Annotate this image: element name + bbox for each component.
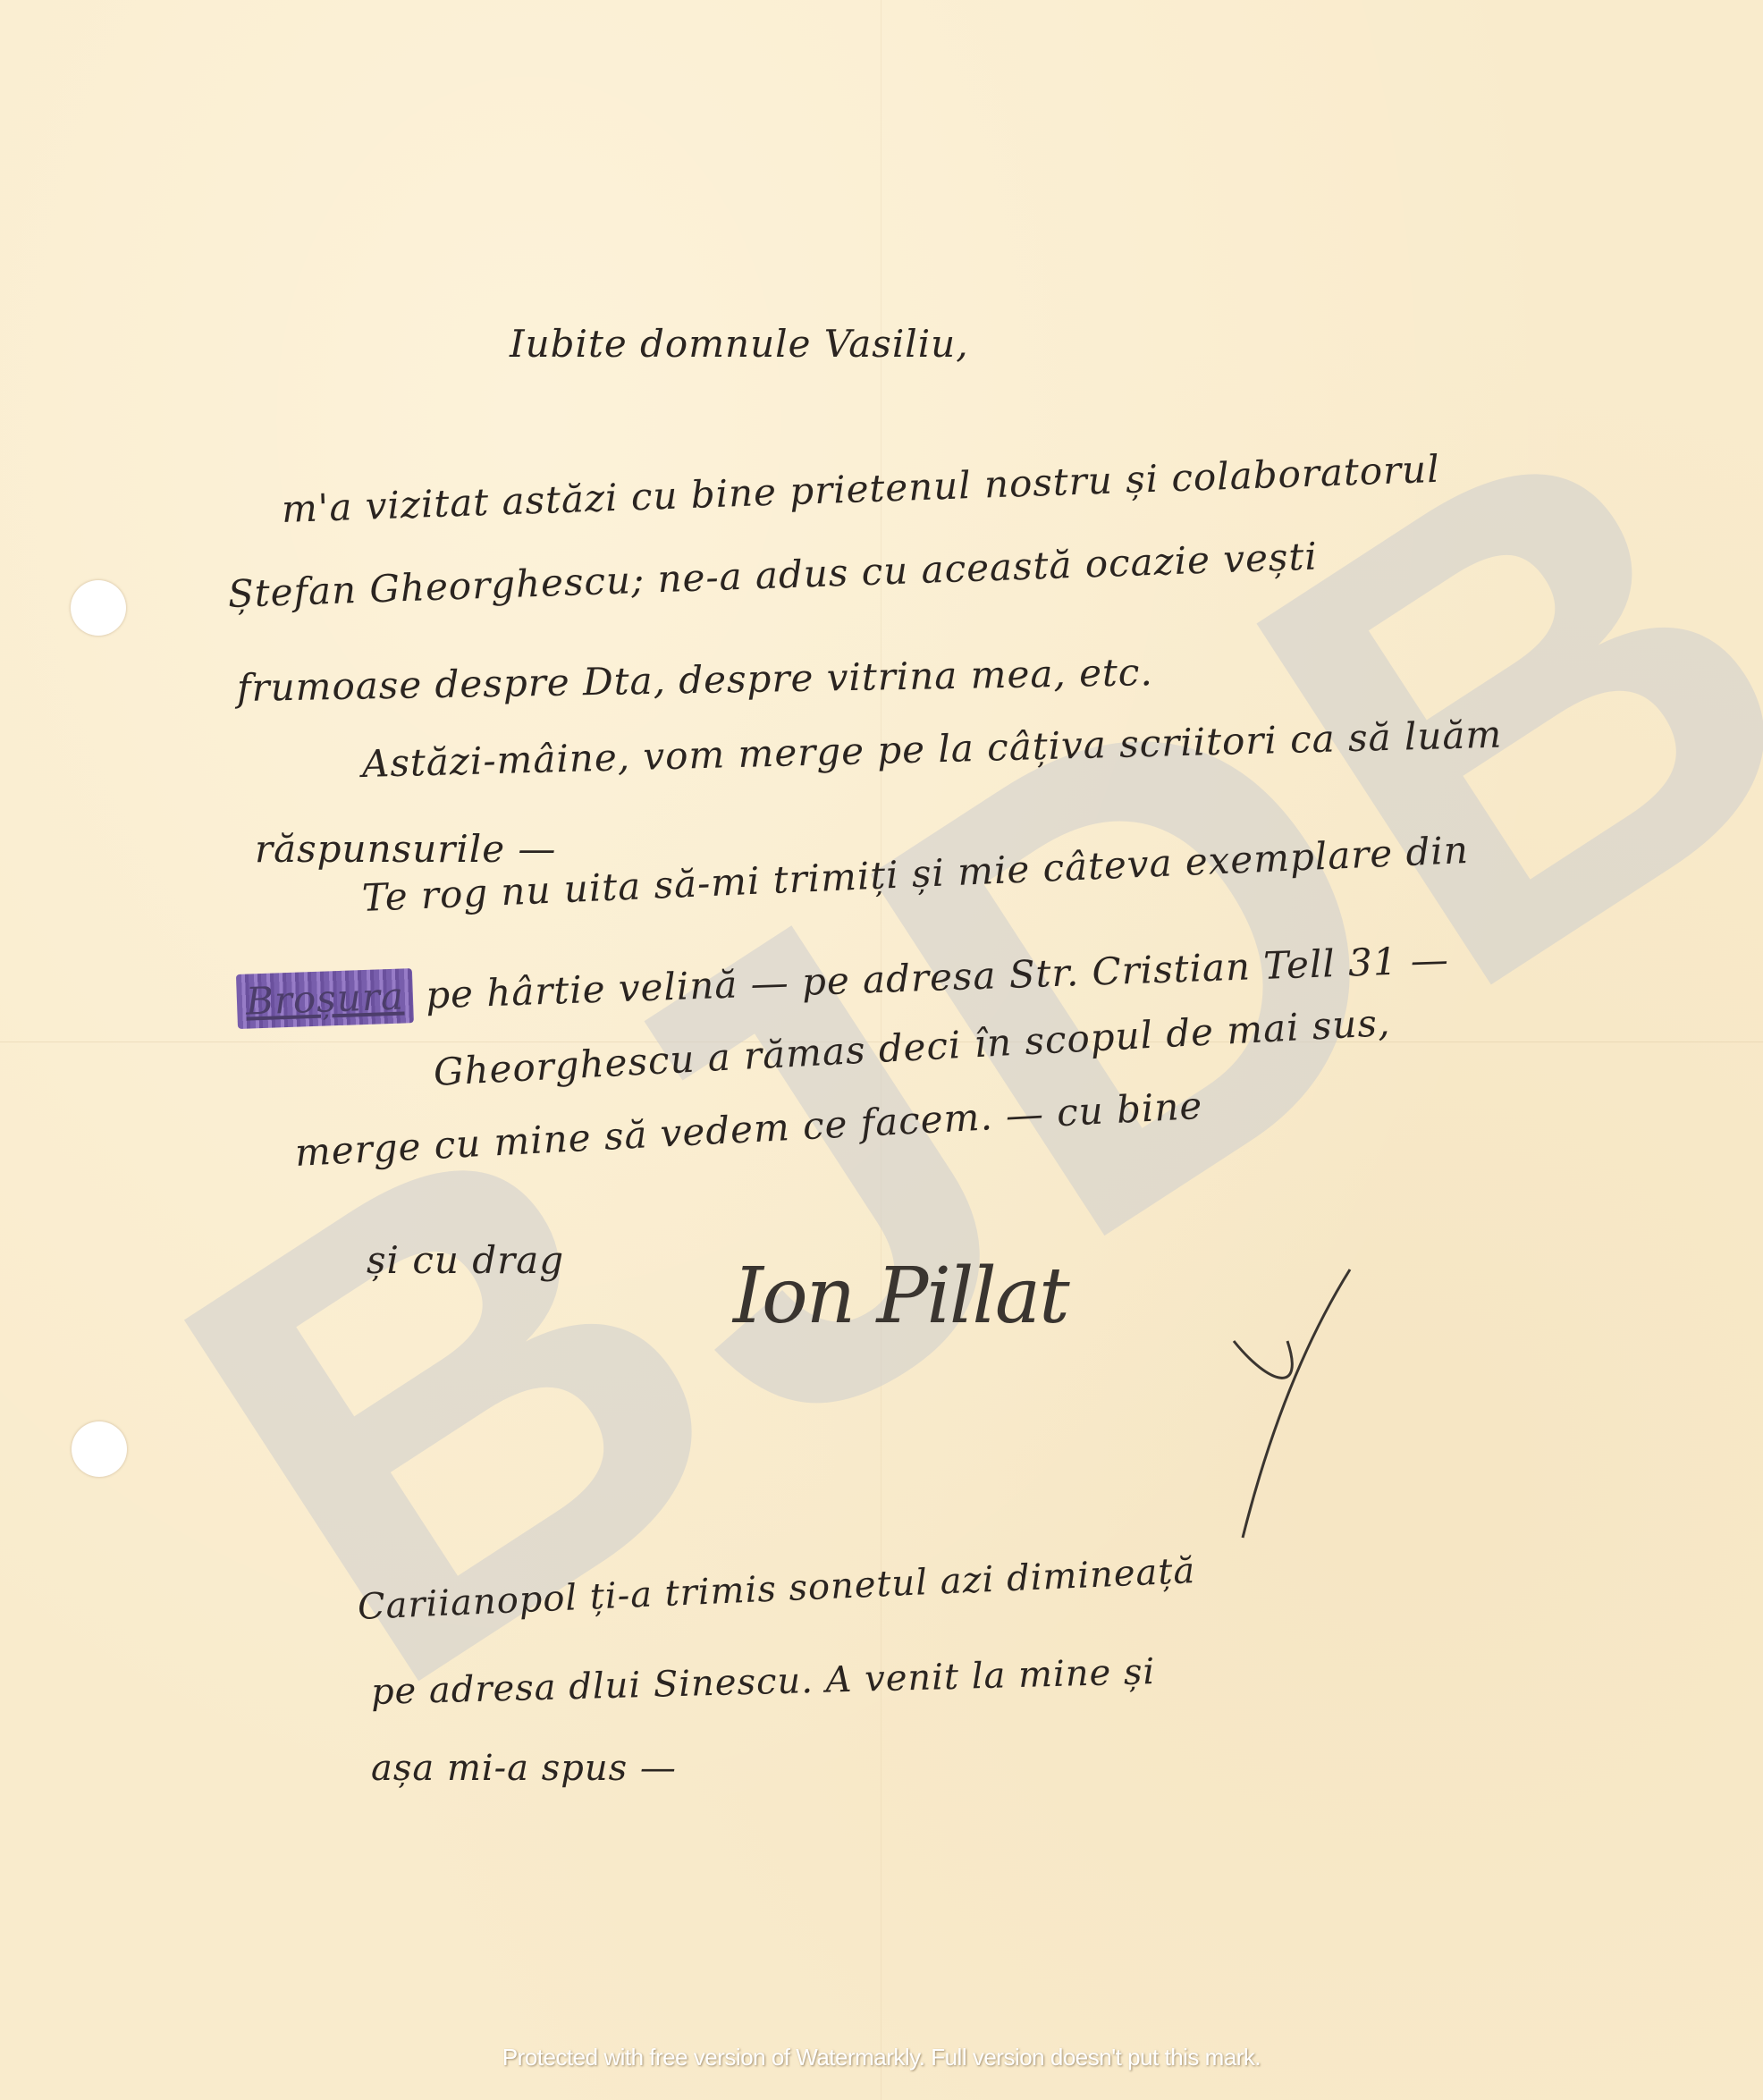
redacted-word: Broșura [236, 968, 414, 1029]
letter-line-9: merge cu mine să vedem ce facem. — cu bi… [294, 1084, 1204, 1175]
letter-closing: și cu drag [367, 1238, 564, 1282]
watermarkly-footer: Protected with free version of Watermark… [0, 2044, 1763, 2071]
postscript-line-1: Cariianopol ți-a trimis sonetul azi dimi… [357, 1550, 1196, 1628]
postscript-line-2: pe adresa dlui Sinescu. A venit la mine … [370, 1651, 1155, 1713]
letter-line-3: frumoase despre Dta, despre vitrina mea,… [237, 650, 1154, 710]
letter-greeting: Iubite domnule Vasiliu, [510, 322, 969, 366]
postscript-line-3: așa mi-a spus — [371, 1748, 677, 1789]
letter-line-4: Astăzi-mâine, vom merge pe la câțiva scr… [361, 713, 1503, 786]
letter-line-5: răspunsurile — [255, 827, 556, 871]
letter-line-2: Ștefan Gheorghescu; ne-a adus cu această… [227, 534, 1318, 616]
letter-line-1: m'a vizitat astăzi cu bine prietenul nos… [281, 447, 1440, 531]
punch-hole-top [71, 580, 126, 636]
redacted-word-text: Broșura [245, 974, 405, 1023]
signature: Ion Pillat [733, 1234, 1359, 1556]
signature-flourish-icon [733, 1234, 1359, 1556]
punch-hole-bottom [72, 1421, 127, 1477]
